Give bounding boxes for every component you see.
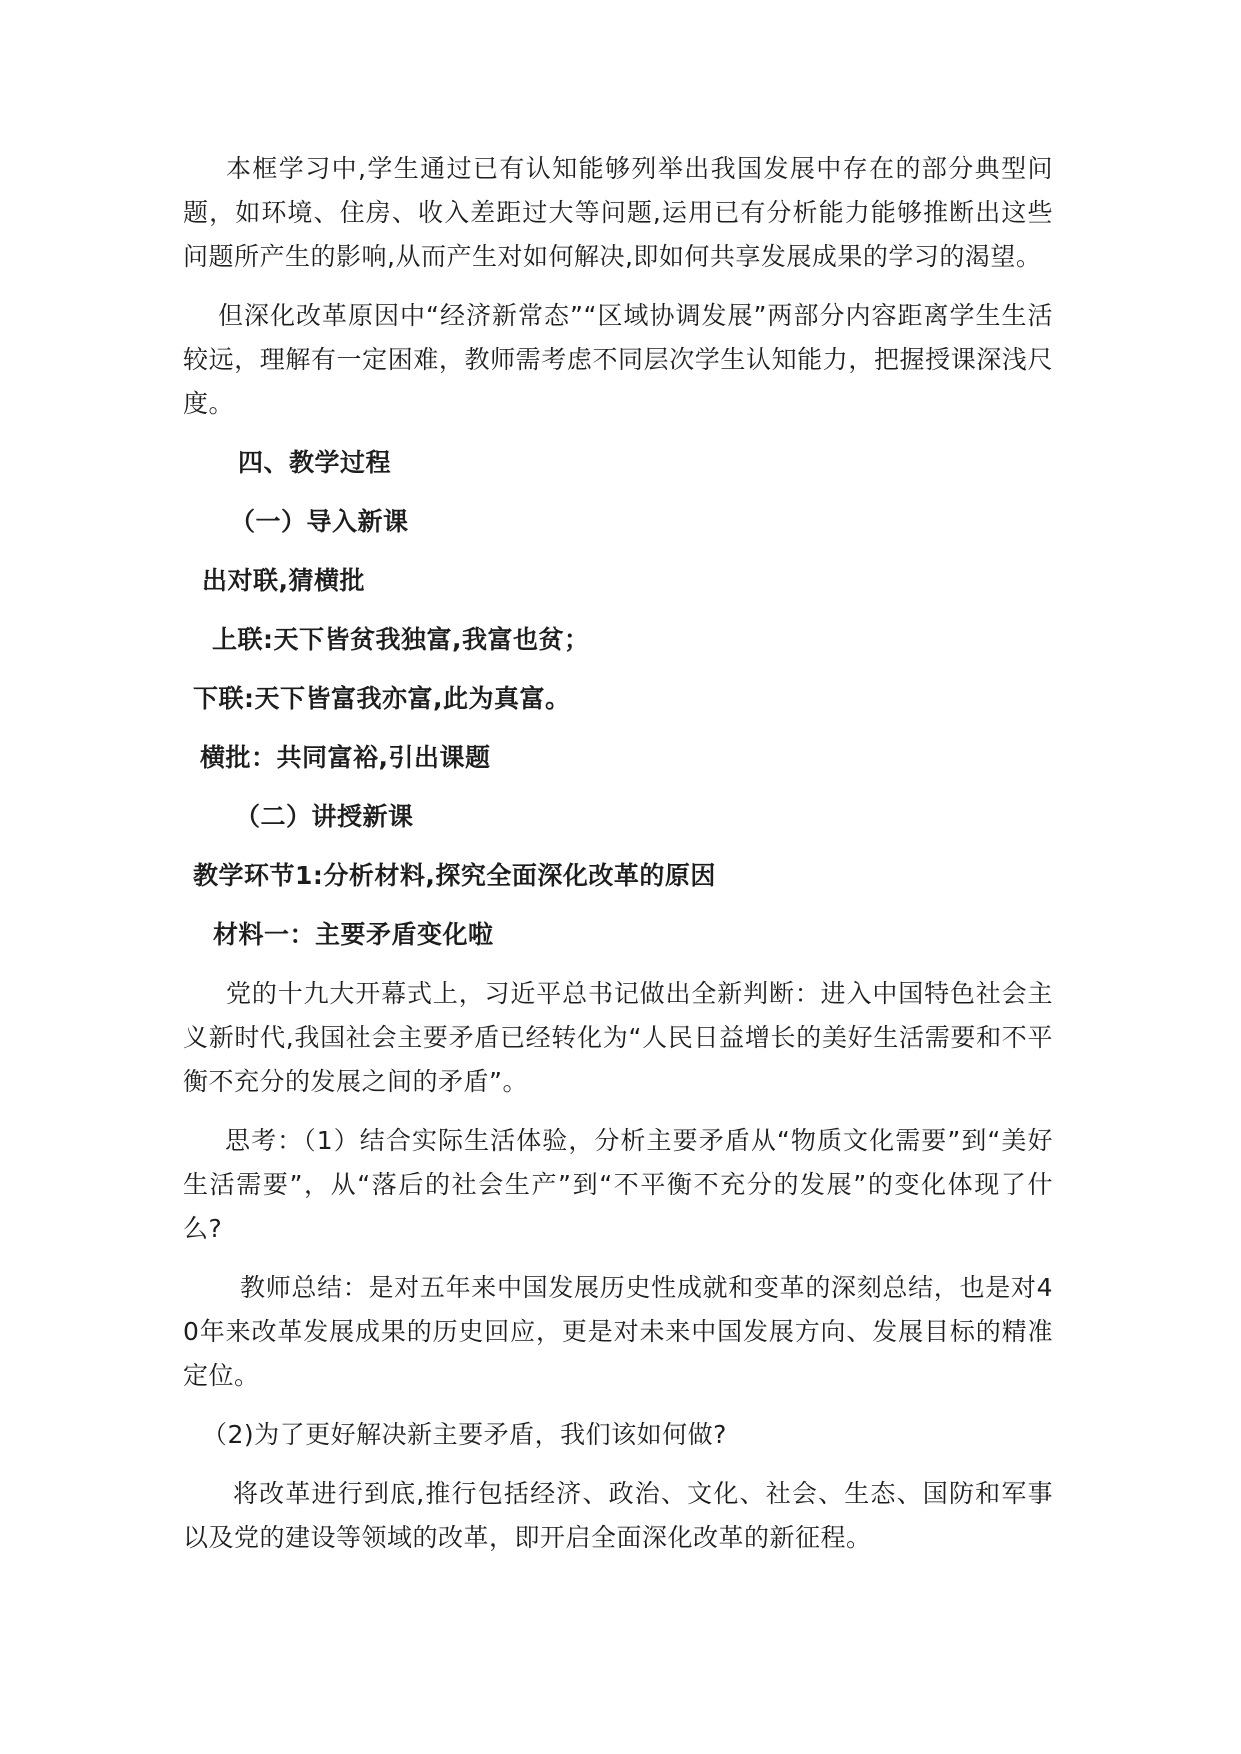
document-page: 本框学习中,学生通过已有认知能够列举出我国发展中存在的部分典型问题，如环境、住房… bbox=[0, 0, 1241, 1754]
heading-teaching-process: 四、教学过程 bbox=[183, 441, 1053, 485]
paragraph-19th-congress: 党的十九大开幕式上，习近平总书记做出全新判断：进入中国特色社会主义新时代,我国社… bbox=[183, 972, 1053, 1104]
paragraph-learning-analysis: 本框学习中,学生通过已有认知能够列举出我国发展中存在的部分典型问题，如环境、住房… bbox=[183, 147, 1053, 279]
paragraph-question-2: （2)为了更好解决新主要矛盾，我们该如何做? bbox=[183, 1413, 1053, 1457]
heading-teaching-step-1: 教学环节1:分析材料,探究全面深化改革的原因 bbox=[183, 854, 1053, 898]
paragraph-teacher-summary: 教师总结：是对五年来中国发展历史性成就和变革的深刻总结，也是对40年来改革发展成… bbox=[183, 1266, 1053, 1398]
line-couplet-prompt: 出对联,猜横批 bbox=[183, 559, 1053, 603]
line-couplet-lower: 下联:天下皆富我亦富,此为真富。 bbox=[183, 677, 1053, 721]
paragraph-question-1: 思考：（1）结合实际生活体验，分析主要矛盾从“物质文化需要”到“美好生活需要”，… bbox=[183, 1119, 1053, 1251]
paragraph-difficulty-note: 但深化改革原因中“经济新常态”“区域协调发展”两部分内容距离学生生活较远，理解有… bbox=[183, 294, 1053, 426]
line-couplet-upper: 上联:天下皆贫我独富,我富也贫； bbox=[183, 618, 1053, 662]
heading-material-one: 材料一：主要矛盾变化啦 bbox=[183, 913, 1053, 957]
line-couplet-banner: 横批：共同富裕,引出课题 bbox=[183, 736, 1053, 780]
heading-new-lesson: （二）讲授新课 bbox=[183, 795, 1053, 839]
heading-lesson-intro: （一）导入新课 bbox=[183, 500, 1053, 544]
paragraph-reform-answer: 将改革进行到底,推行包括经济、政治、文化、社会、生态、国防和军事以及党的建设等领… bbox=[183, 1472, 1053, 1560]
